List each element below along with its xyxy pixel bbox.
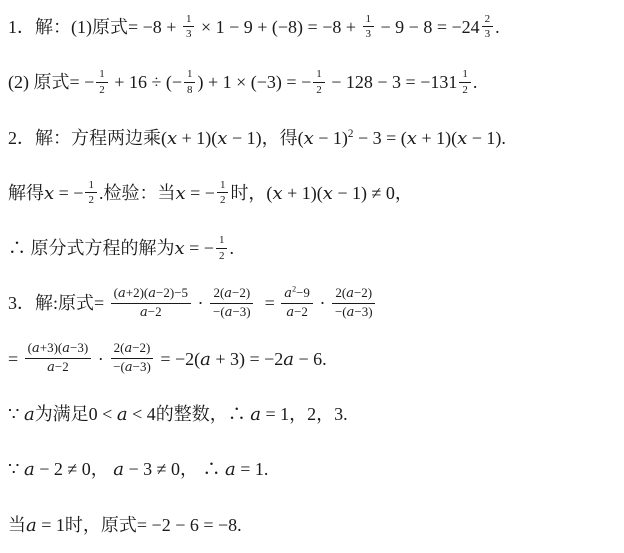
text-run: 1 <box>186 13 192 25</box>
fraction-denominator: 2 <box>459 83 471 97</box>
text-run: 1 <box>219 234 225 246</box>
text-run: = − <box>186 183 215 203</box>
math-variable: a <box>148 286 156 301</box>
fraction-denominator: 2 <box>96 83 108 97</box>
text-run: + 1)( <box>283 183 323 203</box>
math-variable: a <box>24 459 35 480</box>
text-run: −3) <box>354 304 372 319</box>
text-run: + 16 ÷ (− <box>110 72 182 92</box>
text-run: . <box>473 72 478 92</box>
document-body: 1．解：(1)原式= −8 + 13 × 1 − 9 + (−8) = −8 +… <box>8 0 620 553</box>
fraction: a2−9a−2 <box>281 286 313 321</box>
text-run: −2) <box>232 285 250 300</box>
text-run: 2( <box>213 285 224 300</box>
text-run: 2 <box>99 84 105 96</box>
text-run: = <box>8 349 23 369</box>
text-run: = − <box>54 183 83 203</box>
text-run: 2 <box>462 84 468 96</box>
text-run: < 4的整数，∴ <box>128 404 251 424</box>
fraction: 12 <box>459 68 471 96</box>
math-variable: a <box>140 305 148 320</box>
text-run: − 1) ≠ 0， <box>333 183 413 203</box>
math-solutions-document: 1．解：(1)原式= −8 + 13 × 1 − 9 + (−8) = −8 +… <box>0 0 624 553</box>
fraction-denominator: 3 <box>482 27 494 41</box>
fraction-denominator: a−2 <box>44 359 72 376</box>
fraction-numerator: a2−9 <box>281 286 313 304</box>
fraction-numerator: 1 <box>184 68 196 83</box>
text-run: 1 <box>88 179 94 191</box>
text-run: −9 <box>296 285 310 300</box>
text-run: −2 <box>294 304 308 319</box>
fraction: 12 <box>313 68 325 96</box>
fraction-numerator: 2(a−2) <box>332 286 375 304</box>
math-variable: x <box>407 128 417 149</box>
text-run: 3 <box>186 28 192 40</box>
text-run: −3) <box>232 304 250 319</box>
math-variable: a <box>113 459 124 480</box>
text-run: +3)( <box>40 340 63 355</box>
text-run: .检验：当 <box>99 183 176 203</box>
fraction: 23 <box>482 13 494 41</box>
fraction-numerator: 1 <box>216 234 228 249</box>
math-variable: a <box>62 341 70 356</box>
solution-2-line-1: 2．解：方程两边乘(x + 1)(x − 1)，得(x − 1)2 − 3 = … <box>8 111 620 166</box>
fraction: 12 <box>217 179 229 207</box>
math-variable: a <box>200 349 211 370</box>
math-variable: a <box>117 404 128 425</box>
fraction: 2(a−2)−(a−3) <box>210 286 254 321</box>
math-variable: a <box>250 404 261 425</box>
text-run: = 1. <box>236 459 269 479</box>
text-run: 3 <box>366 28 372 40</box>
fraction-numerator: 2(a−2) <box>210 286 253 304</box>
solution-3-line-3: ∵ a为满足0 < a < 4的整数，∴ a = 1，2，3. <box>8 387 620 442</box>
text-run: × 1 − 9 + (−8) = −8 + <box>196 17 360 37</box>
text-run: · <box>93 349 108 369</box>
fraction-denominator: −(a−3) <box>110 359 154 376</box>
fraction-numerator: 1 <box>313 68 325 83</box>
math-variable: a <box>286 305 294 320</box>
fraction-numerator: 1 <box>363 13 375 28</box>
math-variable: x <box>167 128 177 149</box>
fraction-denominator: −(a−3) <box>332 304 376 321</box>
fraction-denominator: 3 <box>363 27 375 41</box>
fraction: 12 <box>85 179 97 207</box>
text-run: 2( <box>114 340 125 355</box>
fraction-denominator: 8 <box>184 83 196 97</box>
text-run: · <box>193 293 208 313</box>
fraction: 13 <box>183 13 195 41</box>
math-variable: a <box>283 349 294 370</box>
fraction-numerator: 1 <box>85 179 97 194</box>
text-run: 3 <box>485 28 491 40</box>
text-run: − 1) <box>314 128 348 148</box>
fraction-denominator: 3 <box>183 27 195 41</box>
text-run: · <box>315 293 330 313</box>
text-run: 为满足0 < <box>35 404 117 424</box>
text-run: (2) 原式= − <box>8 72 94 92</box>
text-run: 1 <box>220 179 226 191</box>
text-run: + 3) = −2 <box>211 349 283 369</box>
fraction: 2(a−2)−(a−3) <box>110 341 154 376</box>
fraction-numerator: 2 <box>482 13 494 28</box>
text-run: − 6. <box>294 349 327 369</box>
text-run: = <box>256 293 280 313</box>
fraction-denominator: 2 <box>217 193 229 207</box>
fraction-numerator: 1 <box>96 68 108 83</box>
fraction-numerator: 2(a−2) <box>111 341 154 359</box>
math-variable: a <box>225 459 236 480</box>
solution-2-line-2: 解得x = −12.检验：当x = −12时，(x + 1)(x − 1) ≠ … <box>8 166 620 221</box>
fraction-denominator: 2 <box>313 83 325 97</box>
math-variable: a <box>125 360 133 375</box>
fraction-denominator: 2 <box>216 249 228 263</box>
fraction-denominator: 2 <box>85 193 97 207</box>
math-variable: a <box>47 360 55 375</box>
text-run: −2)−5 <box>156 285 188 300</box>
text-run: ) + 1 × (−3) = − <box>197 72 311 92</box>
text-run: 1 <box>462 68 468 80</box>
fraction: 2(a−2)−(a−3) <box>332 286 376 321</box>
text-run: 2 <box>220 194 226 206</box>
fraction-denominator: a−2 <box>283 304 311 321</box>
text-run: = −2( <box>156 349 200 369</box>
math-variable: x <box>175 183 185 204</box>
text-run: 1 <box>366 13 372 25</box>
fraction-numerator: (a+2)(a−2)−5 <box>111 286 191 304</box>
text-run: = − <box>185 238 214 258</box>
text-run: −3) <box>70 340 88 355</box>
text-run: + 1)( <box>417 128 457 148</box>
text-run: 3．解:原式= <box>8 293 109 313</box>
math-variable: a <box>24 404 35 425</box>
text-run: ∵ <box>8 404 24 424</box>
text-run: 解得 <box>8 183 44 203</box>
text-run: −( <box>113 359 125 374</box>
text-run: 2 <box>219 250 225 262</box>
math-variable: a <box>32 341 40 356</box>
solution-1-step-2: (2) 原式= −12 + 16 ÷ (−18) + 1 × (−3) = −1… <box>8 55 620 110</box>
text-run: −2) <box>132 340 150 355</box>
math-variable: x <box>272 183 282 204</box>
math-variable: a <box>26 515 37 536</box>
text-run: 2 <box>88 194 94 206</box>
text-run: 2 <box>485 13 491 25</box>
solution-3-line-1: 3．解:原式= (a+2)(a−2)−5a−2 · 2(a−2)−(a−3) =… <box>8 276 620 331</box>
fraction: (a+3)(a−3)a−2 <box>25 341 92 376</box>
fraction-numerator: (a+3)(a−3) <box>25 341 92 359</box>
fraction: 12 <box>96 68 108 96</box>
text-run: ∵ <box>8 459 24 479</box>
text-run: − 128 − 3 = −131 <box>327 72 458 92</box>
text-run: +2)( <box>126 285 149 300</box>
text-run: = 1时，原式= −2 − 6 = −8. <box>37 515 242 535</box>
text-run: ∴ 原分式方程的解为 <box>8 238 175 258</box>
text-run: 时，( <box>230 183 272 203</box>
fraction-numerator: 1 <box>217 179 229 194</box>
math-variable: x <box>217 128 227 149</box>
text-run: 1．解：(1)原式= −8 + <box>8 17 181 37</box>
text-run: −( <box>213 304 225 319</box>
math-variable: a <box>284 286 292 301</box>
solution-3-line-4: ∵ a − 2 ≠ 0， a − 3 ≠ 0， ∴ a = 1. <box>8 442 620 497</box>
text-run: 1 <box>316 68 322 80</box>
text-run: −3) <box>133 359 151 374</box>
text-run: −2) <box>354 285 372 300</box>
math-variable: a <box>346 286 354 301</box>
text-run: = 1，2，3. <box>261 404 348 424</box>
text-run: 2．解：方程两边乘( <box>8 128 167 148</box>
text-run: . <box>495 17 500 37</box>
fraction: (a+2)(a−2)−5a−2 <box>111 286 191 321</box>
text-run: − 2 ≠ 0， <box>35 459 114 479</box>
text-run: − 1)，得( <box>227 128 303 148</box>
text-run: 1 <box>187 68 193 80</box>
text-run: 2 <box>316 84 322 96</box>
math-variable: a <box>118 286 126 301</box>
text-run: 2( <box>335 285 346 300</box>
solution-1-step-1: 1．解：(1)原式= −8 + 13 × 1 − 9 + (−8) = −8 +… <box>8 0 620 55</box>
fraction: 18 <box>184 68 196 96</box>
fraction-numerator: 1 <box>183 13 195 28</box>
math-variable: x <box>175 238 185 259</box>
text-run: 当 <box>8 515 26 535</box>
text-run: 1 <box>99 68 105 80</box>
solution-3-line-5: 当a = 1时，原式= −2 − 6 = −8. <box>8 498 620 553</box>
text-run: −2 <box>148 304 162 319</box>
fraction: 12 <box>216 234 228 262</box>
fraction-denominator: a−2 <box>137 304 165 321</box>
solution-2-line-3: ∴ 原分式方程的解为x = −12. <box>8 221 620 276</box>
text-run: + 1)( <box>177 128 217 148</box>
text-run: . <box>229 238 234 258</box>
text-run: −( <box>335 304 347 319</box>
text-run: − 3 ≠ 0， ∴ <box>124 459 225 479</box>
math-variable: x <box>44 183 54 204</box>
fraction-numerator: 1 <box>459 68 471 83</box>
fraction-denominator: −(a−3) <box>210 304 254 321</box>
math-variable: x <box>323 183 333 204</box>
text-run: − 9 − 8 = −24 <box>376 17 480 37</box>
text-run: 8 <box>187 84 193 96</box>
solution-3-line-2: = (a+3)(a−3)a−2 · 2(a−2)−(a−3) = −2(a + … <box>8 332 620 387</box>
text-run: −2 <box>55 359 69 374</box>
math-variable: x <box>457 128 467 149</box>
math-variable: a <box>224 286 232 301</box>
text-run: − 3 = ( <box>353 128 406 148</box>
text-run: − 1). <box>467 128 506 148</box>
math-variable: x <box>304 128 314 149</box>
fraction: 13 <box>363 13 375 41</box>
